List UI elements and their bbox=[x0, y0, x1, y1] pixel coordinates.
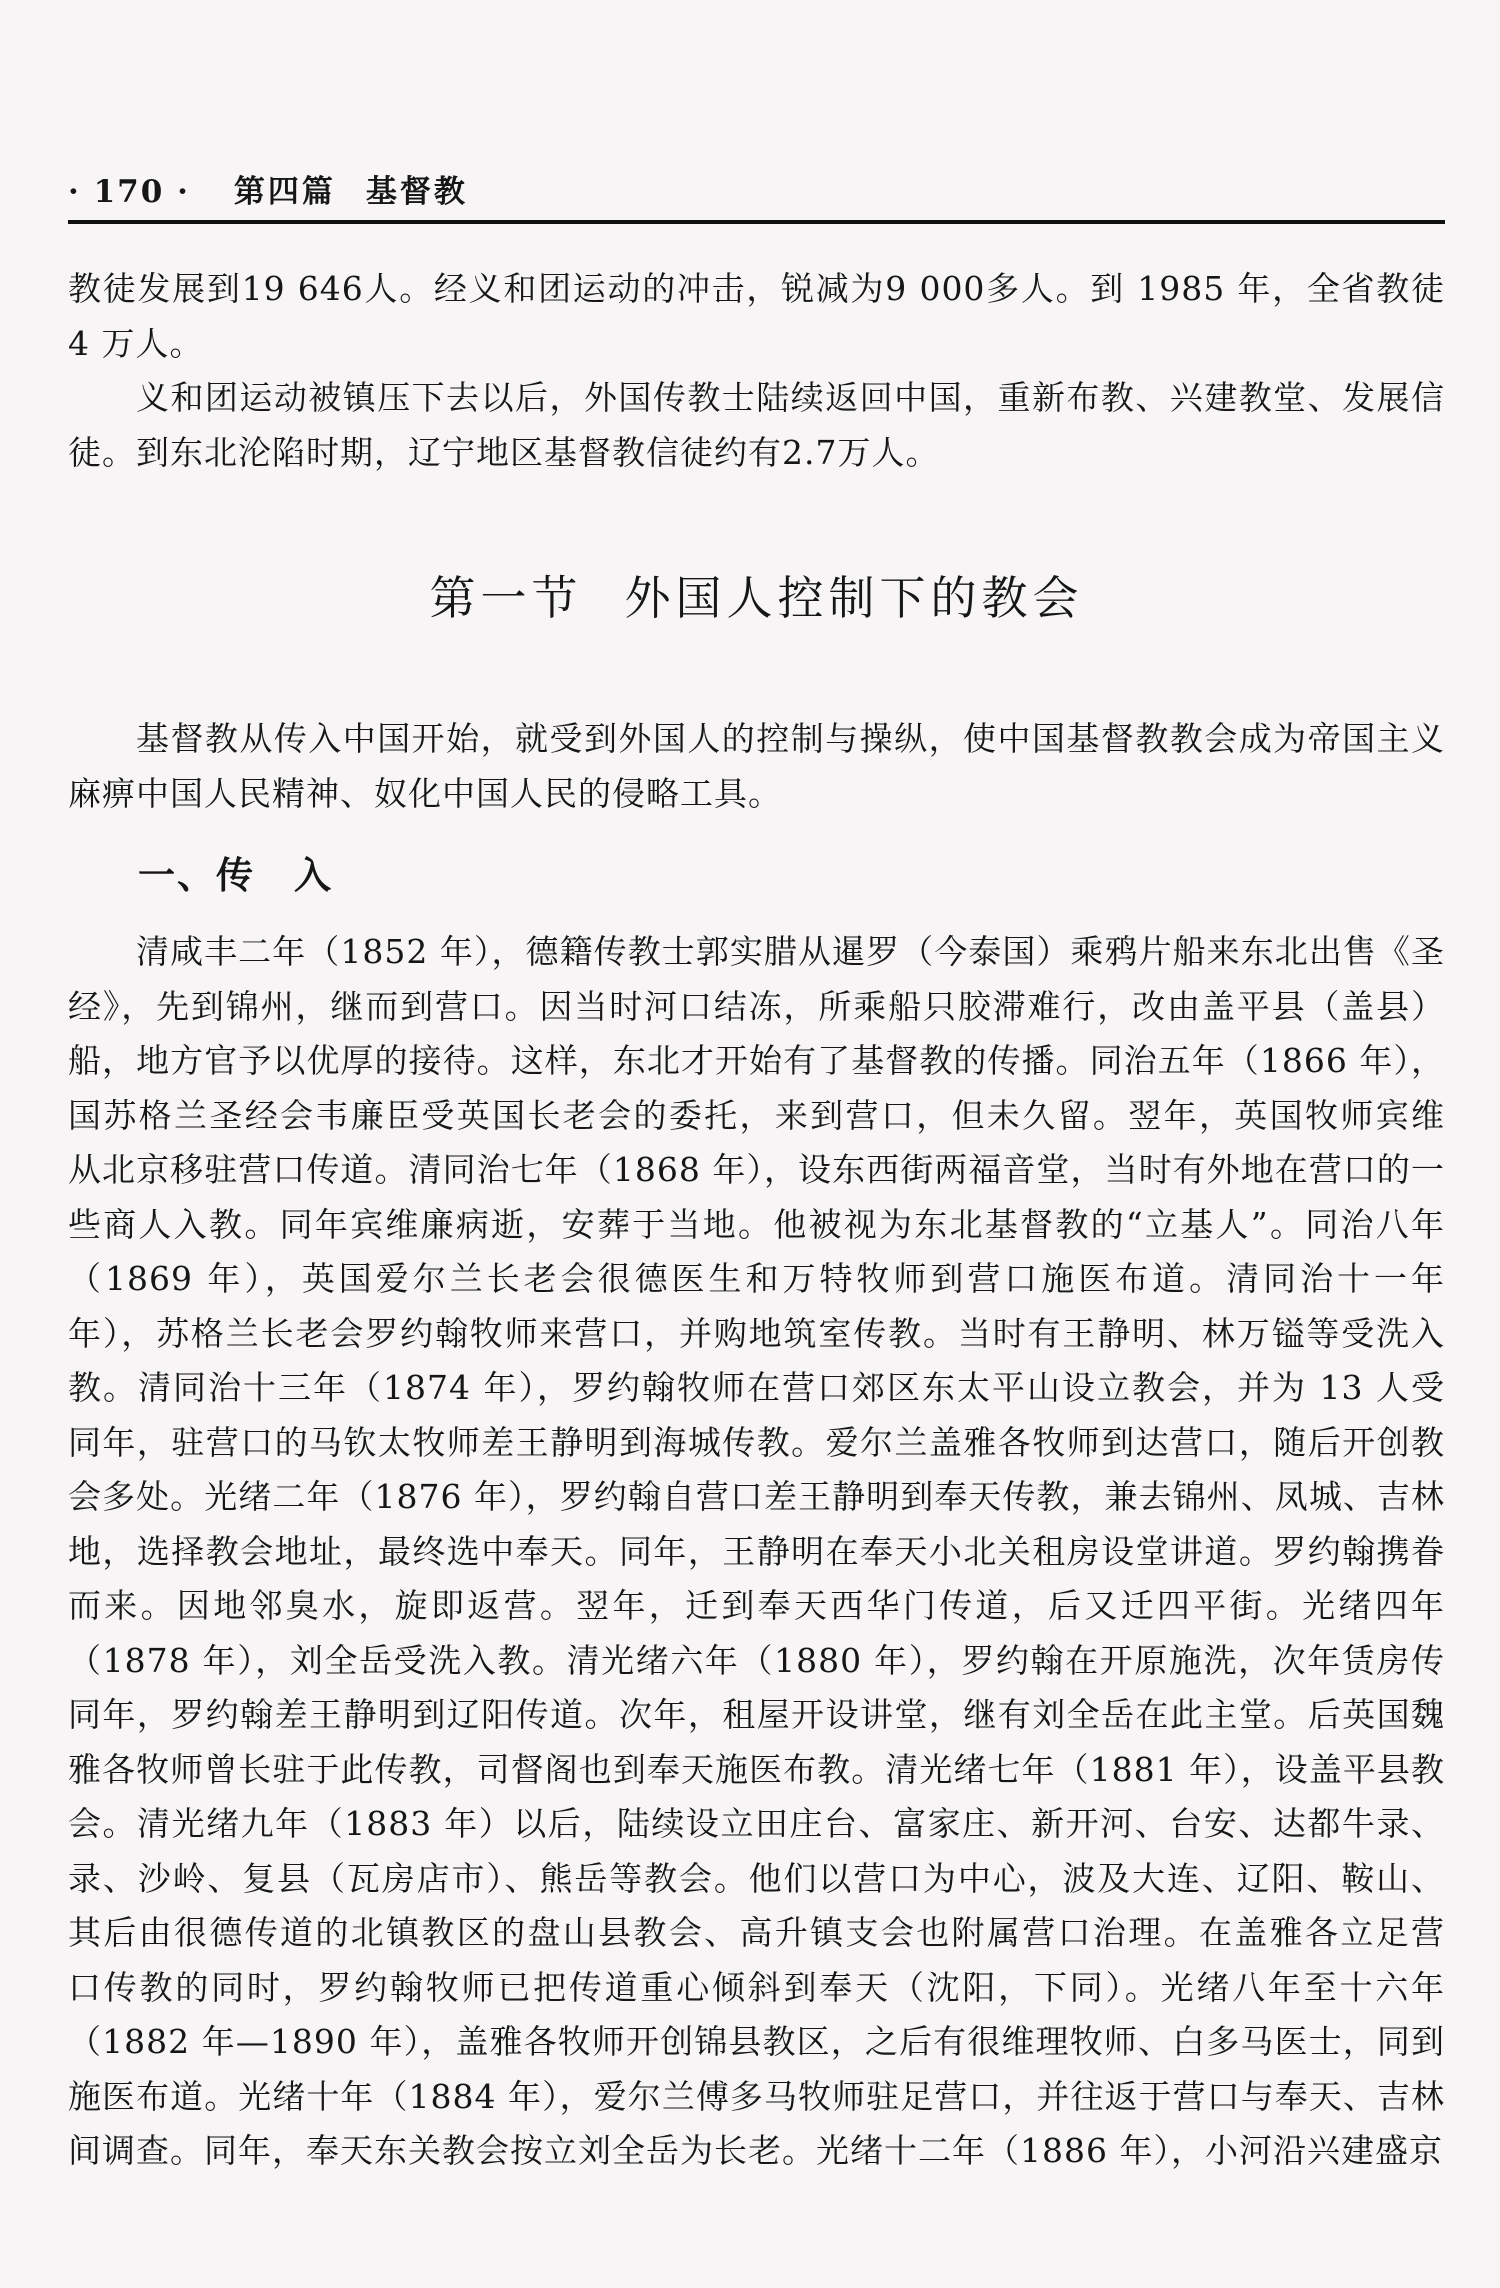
paragraph-continuation: 教徒发展到19 646人。经义和团运动的冲击，锐减为9 000多人。到 1985… bbox=[68, 262, 1445, 371]
page-number: · 170 · bbox=[68, 174, 190, 210]
text-line: 同年，驻营口的马钦太牧师差王静明到海城传教。爱尔兰盖雅各牧师到达营口，随后开创教 bbox=[68, 1416, 1445, 1471]
text-line: 经》，先到锦州，继而到营口。因当时河口结冻，所乘船只胶滞难行，改由盖平县（盖县）… bbox=[68, 980, 1445, 1035]
text-line: 间调查。同年，奉天东关教会按立刘全岳为长老。光绪十二年（1886 年），小河沿兴… bbox=[68, 2124, 1445, 2179]
text-line: 基督教从传入中国开始，就受到外国人的控制与操纵，使中国基督教教会成为帝国主义 bbox=[68, 712, 1445, 767]
paragraph-intro: 基督教从传入中国开始，就受到外国人的控制与操纵，使中国基督教教会成为帝国主义麻痹… bbox=[68, 712, 1445, 821]
text-line: 会多处。光绪二年（1876 年），罗约翰自营口差王静明到奉天传教，兼去锦州、凤城… bbox=[68, 1470, 1445, 1525]
paragraph: 义和团运动被镇压下去以后，外国传教士陆续返回中国，重新布教、兴建教堂、发展信徒。… bbox=[68, 371, 1445, 480]
text-line: 其后由很德传道的北镇教区的盘山县教会、高升镇支会也附属营口治理。在盖雅各立足营 bbox=[68, 1906, 1445, 1961]
text-line: 从北京移驻营口传道。清同治七年（1868 年），设东西街两福音堂，当时有外地在营… bbox=[68, 1143, 1445, 1198]
text-line: （1882 年—1890 年），盖雅各牧师开创锦县教区，之后有很维理牧师、白多马… bbox=[68, 2015, 1445, 2070]
paragraph-body: 清咸丰二年（1852 年），德籍传教士郭实腊从暹罗（今泰国）乘鸦片船来东北出售《… bbox=[68, 925, 1445, 2179]
header-rule bbox=[68, 220, 1445, 224]
text-line: 口传教的同时，罗约翰牧师已把传道重心倾斜到奉天（沈阳，下同）。光绪八年至十六年 bbox=[68, 1961, 1445, 2016]
text-line: 而来。因地邻臭水，旋即返营。翌年，迁到奉天西华门传道，后又迁四平街。光绪四年 bbox=[68, 1579, 1445, 1634]
book-part-title: 基督教 bbox=[366, 166, 468, 211]
text-line: 教。清同治十三年（1874 年），罗约翰牧师在营口郊区东太平山设立教会，并为 1… bbox=[68, 1361, 1445, 1416]
book-part-label: 第四篇 bbox=[234, 166, 336, 211]
text-line: 同年，罗约翰差王静明到辽阳传道。次年，租屋开设讲堂，继有刘全岳在此主堂。后英国魏 bbox=[68, 1688, 1445, 1743]
text-line: 4 万人。 bbox=[68, 317, 1445, 372]
text-line: 些商人入教。同年宾维廉病逝，安葬于当地。他被视为东北基督教的“立基人”。同治八年 bbox=[68, 1198, 1445, 1253]
text-line: 徒。到东北沦陷时期，辽宁地区基督教信徒约有2.7万人。 bbox=[68, 426, 1445, 481]
text-line: 船，地方官予以优厚的接待。这样，东北才开始有了基督教的传播。同治五年（1866 … bbox=[68, 1034, 1445, 1089]
text-line: 录、沙岭、复县（瓦房店市）、熊岳等教会。他们以营口为中心，波及大连、辽阳、鞍山、… bbox=[68, 1852, 1445, 1907]
text-line: 教徒发展到19 646人。经义和团运动的冲击，锐减为9 000多人。到 1985… bbox=[68, 262, 1445, 317]
text-line: 年），苏格兰长老会罗约翰牧师来营口，并购地筑室传教。当时有王静明、林万镒等受洗入 bbox=[68, 1307, 1445, 1362]
text-line: 雅各牧师曾长驻于此传教，司督阁也到奉天施医布教。清光绪七年（1881 年），设盖… bbox=[68, 1743, 1445, 1798]
text-line: 地，选择教会地址，最终选中奉天。同年，王静明在奉天小北关租房设堂讲道。罗约翰携眷 bbox=[68, 1525, 1445, 1580]
section-name: 外国人控制下的教会 bbox=[625, 571, 1084, 625]
text-line: 国苏格兰圣经会韦廉臣受英国长老会的委托，来到营口，但未久留。翌年，英国牧师宾维廉… bbox=[68, 1089, 1445, 1144]
text-line: 会。清光绪九年（1883 年）以后，陆续设立田庄台、富家庄、新开河、台安、达都牛… bbox=[68, 1797, 1445, 1852]
text-line: （1869 年），英国爱尔兰长老会很德医生和万特牧师到营口施医布道。清同治十一年… bbox=[68, 1252, 1445, 1307]
text-line: 施医布道。光绪十年（1884 年），爱尔兰傅多马牧师驻足营口，并往返于营口与奉天… bbox=[68, 2070, 1445, 2125]
text-line: 麻痹中国人民精神、奴化中国人民的侵略工具。 bbox=[68, 767, 1445, 822]
book-page: · 170 · 第四篇 基督教 教徒发展到19 646人。经义和团运动的冲击，锐… bbox=[0, 0, 1500, 2288]
section-number: 第一节 bbox=[430, 571, 583, 625]
text-line: 义和团运动被镇压下去以后，外国传教士陆续返回中国，重新布教、兴建教堂、发展信 bbox=[68, 371, 1445, 426]
section-title: 第一节外国人控制下的教会 bbox=[68, 566, 1445, 630]
running-header: · 170 · 第四篇 基督教 bbox=[68, 0, 1445, 211]
text-line: （1878 年），刘全岳受洗入教。清光绪六年（1880 年），罗约翰在开原施洗，… bbox=[68, 1634, 1445, 1689]
text-line: 清咸丰二年（1852 年），德籍传教士郭实腊从暹罗（今泰国）乘鸦片船来东北出售《… bbox=[68, 925, 1445, 980]
subsection-heading: 一、传 入 bbox=[138, 851, 1445, 901]
